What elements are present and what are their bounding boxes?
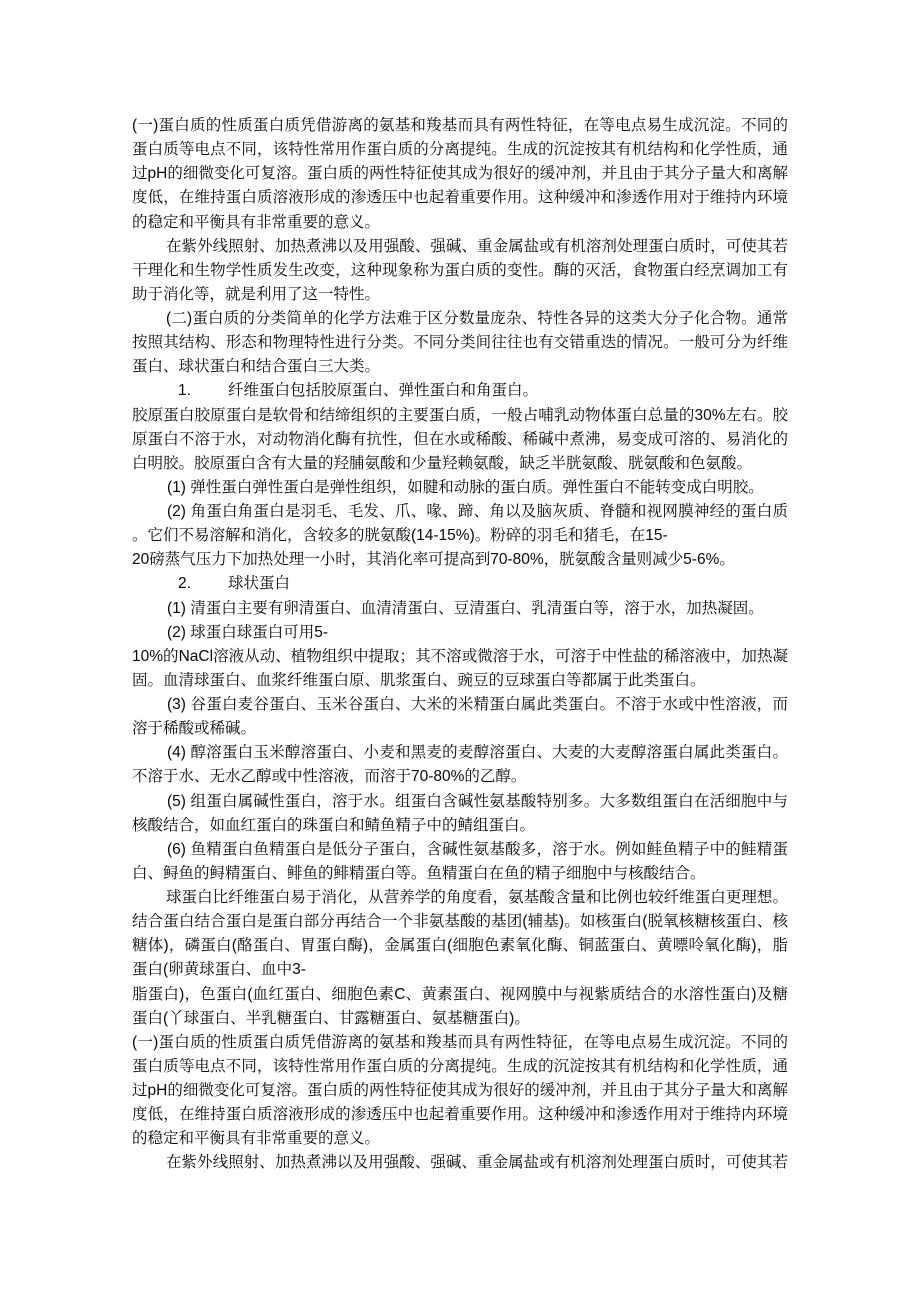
text-line: 白明胶。胶原蛋白含有大量的羟脯氨酸和少量羟赖氨酸，缺乏半胱氨酸、胱氨酸和色氨酸。 [132, 452, 788, 476]
text-line: (1) 弹性蛋白弹性蛋白是弹性组织，如腱和动脉的蛋白质。弹性蛋白不能转变成白明胶… [132, 476, 788, 500]
text-line: 1.纤维蛋白包括胶原蛋白、弹性蛋白和角蛋白。 [132, 379, 788, 403]
text-line: 糖体)，磷蛋白(酪蛋白、胃蛋白酶)，金属蛋白(细胞色素氧化酶、铜蓝蛋白、黄嘌呤氧… [132, 934, 788, 958]
text-line: (1) 清蛋白主要有卵清蛋白、血清清蛋白、豆清蛋白、乳清蛋白等，溶于水，加热凝固… [132, 597, 788, 621]
text-line: 核酸结合，如血红蛋白的珠蛋白和鲭鱼精子中的鲭组蛋白。 [132, 814, 788, 838]
text-line: 。它们不易溶解和消化，含较多的胱氨酸(14-15%)。粉碎的羽毛和猪毛，在15- [132, 524, 788, 548]
text-line: 在紫外线照射、加热煮沸以及用强酸、强碱、重金属盐或有机溶剂处理蛋白质时，可使其若 [132, 235, 788, 259]
text-line: 蛋白、球状蛋白和结合蛋白三大类。 [132, 355, 788, 379]
text-line: 2.球状蛋白 [132, 572, 788, 596]
text-line: 按照其结构、形态和物理特性进行分类。不同分类间往往也有交错重迭的情况。一般可分为… [132, 331, 788, 355]
text-line: (4) 醇溶蛋白玉米醇溶蛋白、小麦和黑麦的麦醇溶蛋白、大麦的大麦醇溶蛋白属此类蛋… [132, 741, 788, 765]
text-line: 的稳定和平衡具有非常重要的意义。 [132, 211, 788, 235]
list-number: 1. [178, 379, 228, 403]
text-line: (6) 鱼精蛋白鱼精蛋白是低分子蛋白，含碱性氨基酸多，溶于水。例如鲑鱼精子中的鲑… [132, 838, 788, 862]
text-line: 20磅蒸气压力下加热处理一小时，其消化率可提高到70-80%，胱氨酸含量则减少5… [132, 548, 788, 572]
text-line: 10%的NaCl溶液从动、植物组织中提取；其不溶或微溶于水，可溶于中性盐的稀溶液… [132, 645, 788, 669]
text-line: (一)蛋白质的性质蛋白质凭借游离的氨基和羧基而具有两性特征，在等电点易生成沉淀。… [132, 1031, 788, 1055]
text-line: 结合蛋白结合蛋白是蛋白部分再结合一个非氨基酸的基团(辅基)。如核蛋白(脱氧核糖核… [132, 910, 788, 934]
text-line: 蛋白(丫球蛋白、半乳糖蛋白、甘露糖蛋白、氨基糖蛋白)。 [132, 1007, 788, 1031]
text-line: (2) 球蛋白球蛋白可用5- [132, 621, 788, 645]
text-line: 不溶于水、无水乙醇或中性溶液，而溶于70-80%的乙醇。 [132, 765, 788, 789]
text-line: 球蛋白比纤维蛋白易于消化，从营养学的角度看，氨基酸含量和比例也较纤维蛋白更理想。 [132, 886, 788, 910]
text-line: 度低，在维持蛋白质溶液形成的渗透压中也起着重要作用。这种缓冲和渗透作用对于维持内… [132, 186, 788, 210]
text-line: (一)蛋白质的性质蛋白质凭借游离的氨基和羧基而具有两性特征，在等电点易生成沉淀。… [132, 114, 788, 138]
text-line: 蛋白质等电点不同，该特性常用作蛋白质的分离提纯。生成的沉淀按其有机结构和化学性质… [132, 1055, 788, 1079]
text-line: (二)蛋白质的分类简单的化学方法难于区分数量庞杂、特性各异的这类大分子化合物。通… [132, 307, 788, 331]
text-line: 的稳定和平衡具有非常重要的意义。 [132, 1127, 788, 1151]
text-line: 干理化和生物学性质发生改变，这种现象称为蛋白质的变性。酶的灭活，食物蛋白经烹调加… [132, 259, 788, 283]
line-text: 纤维蛋白包括胶原蛋白、弹性蛋白和角蛋白。 [228, 382, 538, 399]
text-line: 过pH的细微变化可复溶。蛋白质的两性特征使其成为很好的缓冲剂，并且由于其分子量大… [132, 1079, 788, 1103]
text-line: 固。血清球蛋白、血浆纤维蛋白原、肌浆蛋白、豌豆的豆球蛋白等都属于此类蛋白。 [132, 669, 788, 693]
text-line: 脂蛋白)，色蛋白(血红蛋白、细胞色素C、黄素蛋白、视网膜中与视紫质结合的水溶性蛋… [132, 983, 788, 1007]
text-line: (5) 组蛋白属碱性蛋白，溶于水。组蛋白含碱性氨基酸特别多。大多数组蛋白在活细胞… [132, 790, 788, 814]
text-line: 过pH的细微变化可复溶。蛋白质的两性特征使其成为很好的缓冲剂，并且由于其分子量大… [132, 162, 788, 186]
text-line: 度低，在维持蛋白质溶液形成的渗透压中也起着重要作用。这种缓冲和渗透作用对于维持内… [132, 1103, 788, 1127]
text-line: 原蛋白不溶于水，对动物消化酶有抗性，但在水或稀酸、稀碱中煮沸，易变成可溶的、易消… [132, 428, 788, 452]
document-text-block: (一)蛋白质的性质蛋白质凭借游离的氨基和羧基而具有两性特征，在等电点易生成沉淀。… [132, 114, 788, 1176]
text-line: 白、鲟鱼的鲟精蛋白、鲱鱼的鲱精蛋白等。鱼精蛋白在鱼的精子细胞中与核酸结合。 [132, 862, 788, 886]
text-line: 溶于稀酸或稀碱。 [132, 717, 788, 741]
text-line: 胶原蛋白胶原蛋白是软骨和结缔组织的主要蛋白质，一般占哺乳动物体蛋白总量的30%左… [132, 404, 788, 428]
text-line: 助于消化等，就是利用了这一特性。 [132, 283, 788, 307]
text-line: 在紫外线照射、加热煮沸以及用强酸、强碱、重金属盐或有机溶剂处理蛋白质时，可使其若 [132, 1151, 788, 1175]
line-text: 球状蛋白 [228, 575, 290, 592]
text-line: 蛋白(卵黄球蛋白、血中3- [132, 958, 788, 982]
text-line: 蛋白质等电点不同，该特性常用作蛋白质的分离提纯。生成的沉淀按其有机结构和化学性质… [132, 138, 788, 162]
text-line: (2) 角蛋白角蛋白是羽毛、毛发、爪、喙、蹄、角以及脑灰质、脊髓和视网膜神经的蛋… [132, 500, 788, 524]
document-page: (一)蛋白质的性质蛋白质凭借游离的氨基和羧基而具有两性特征，在等电点易生成沉淀。… [0, 0, 920, 1303]
list-number: 2. [178, 572, 228, 596]
text-line: (3) 谷蛋白麦谷蛋白、玉米谷蛋白、大米的米精蛋白属此类蛋白。不溶于水或中性溶液… [132, 693, 788, 717]
